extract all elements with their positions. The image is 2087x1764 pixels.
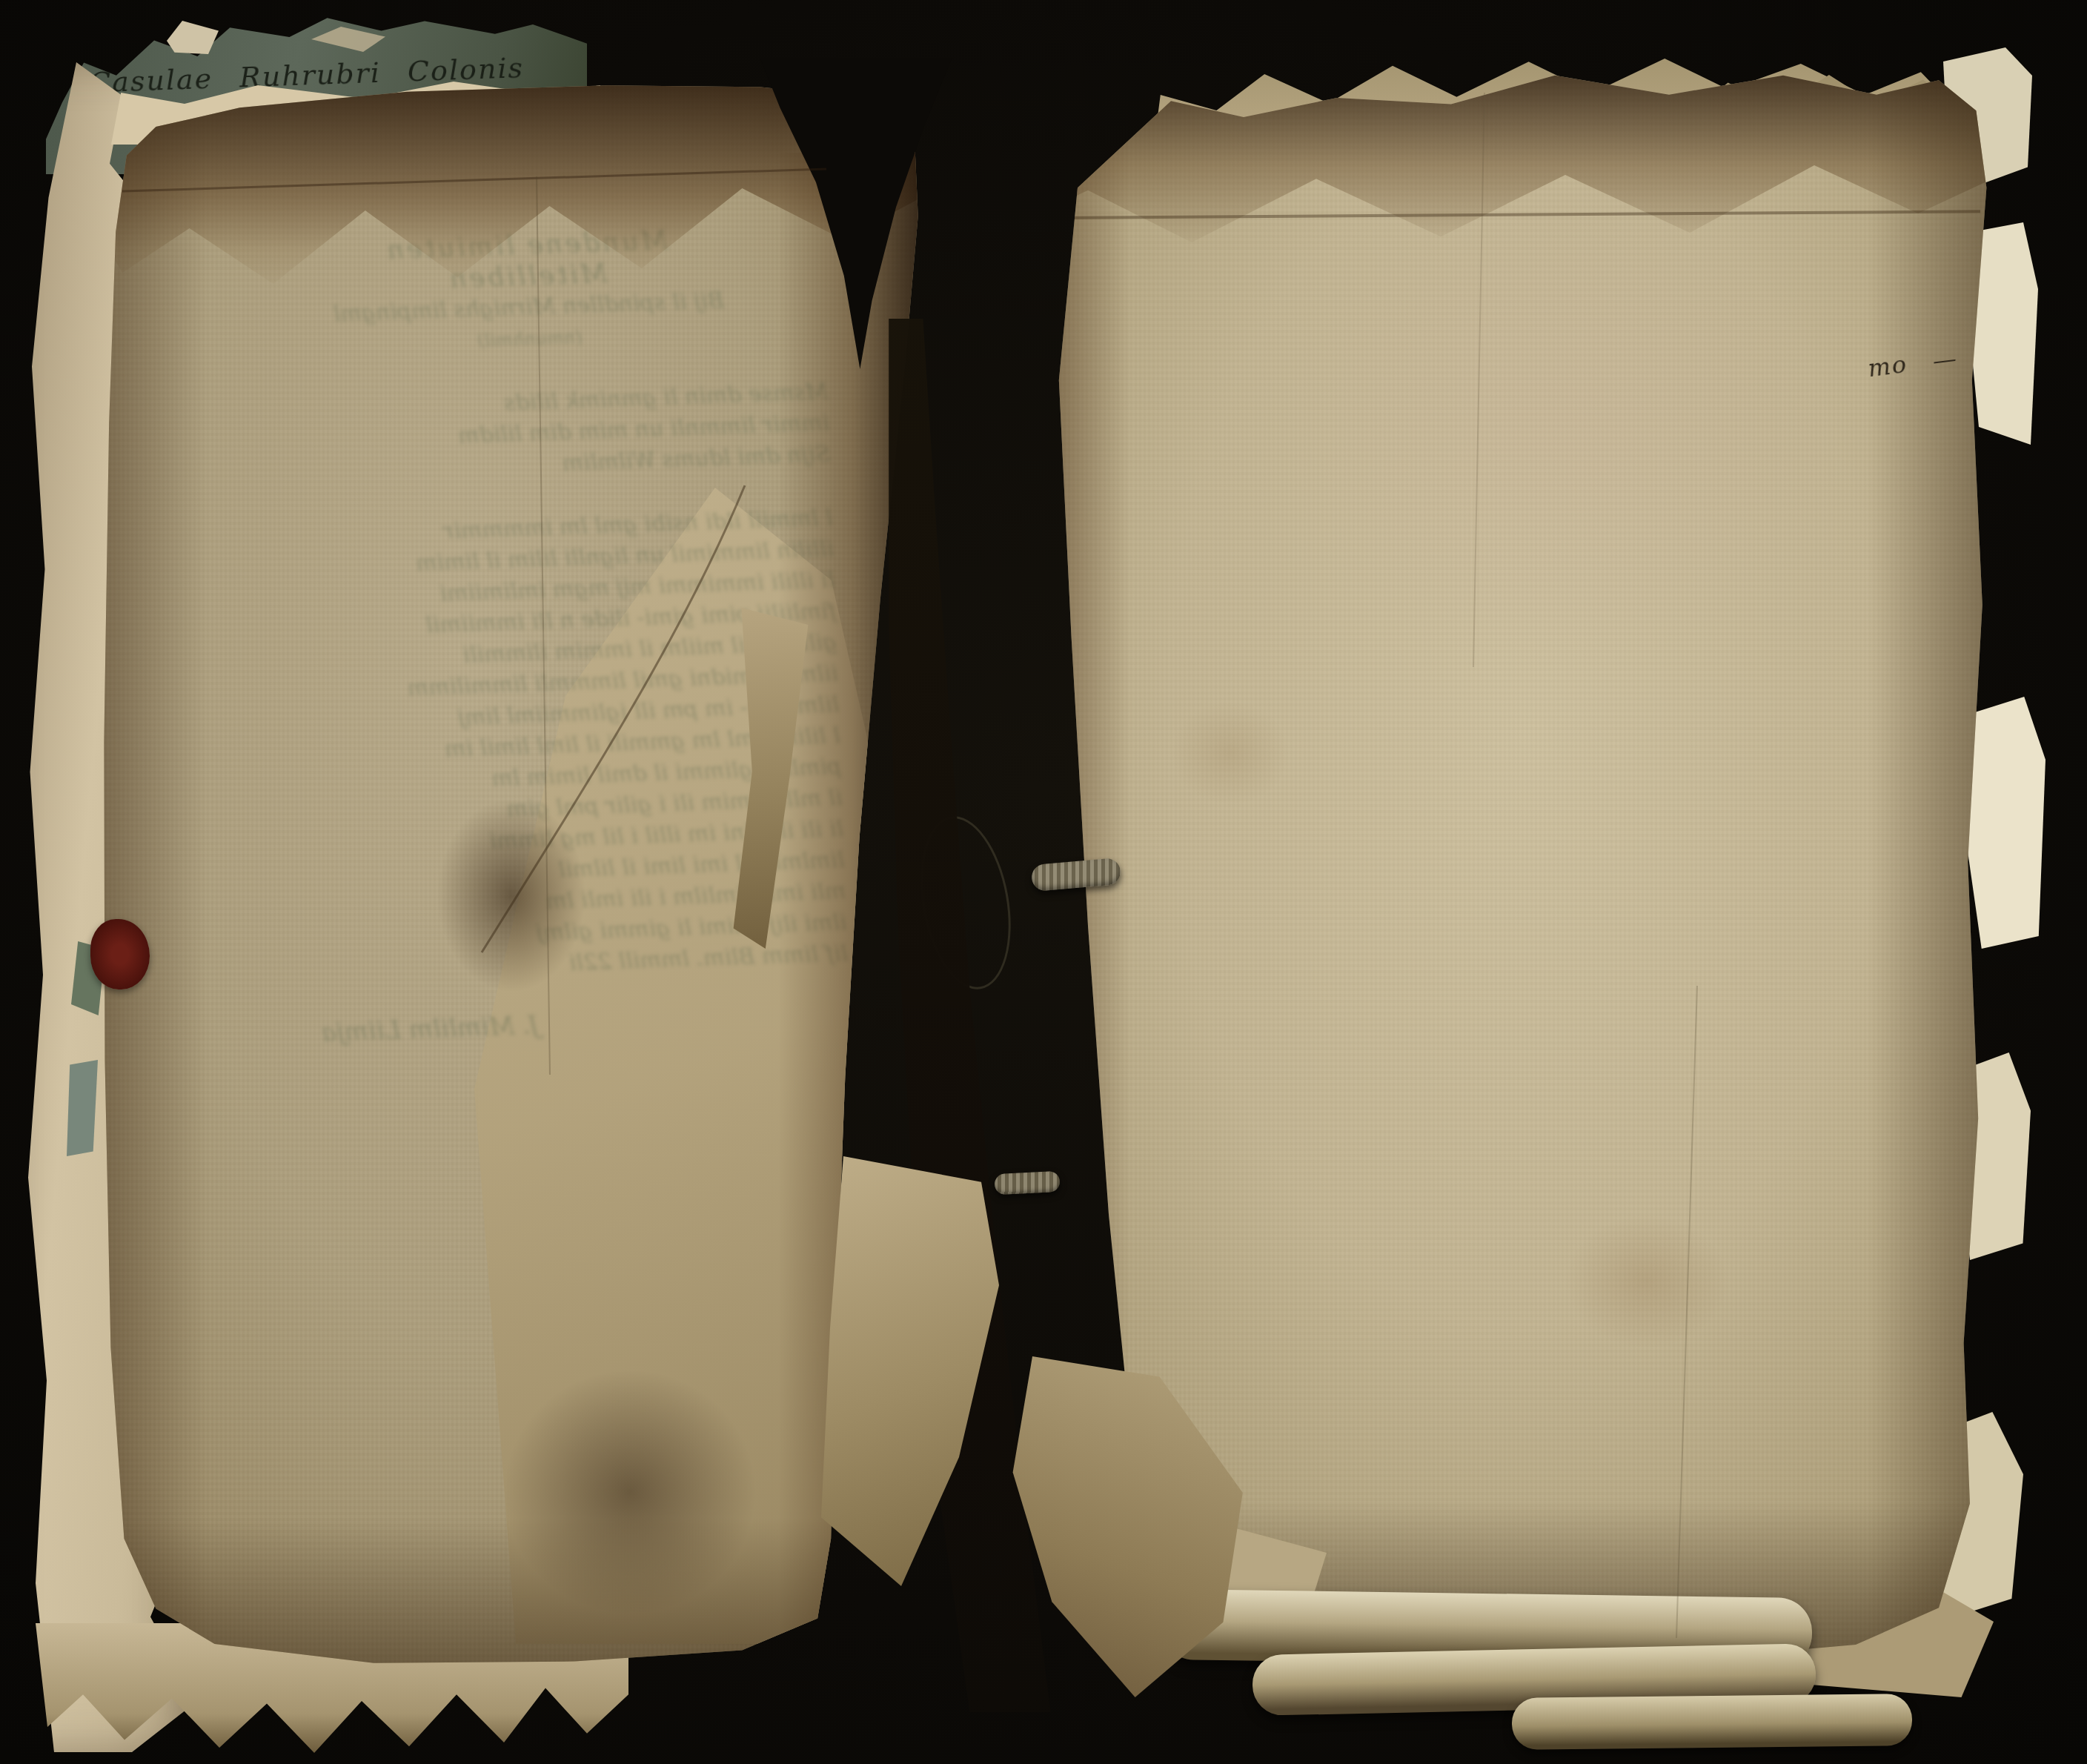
scorch-blob	[437, 799, 585, 992]
left-page: Mundene limiuten Mitelliben Bij il spind…	[89, 73, 926, 1666]
stain-spot	[1565, 1215, 1728, 1348]
archival-book-scan: Casulae Ruhrubri Colonis Mundene limiute…	[0, 0, 2087, 1764]
wax-seal-spot	[90, 919, 150, 989]
curled-paper-roll	[1512, 1694, 1913, 1750]
binding-cord	[994, 1171, 1060, 1196]
scorch-blob	[504, 1370, 756, 1614]
pink-discoloration	[1275, 188, 1845, 669]
stain-spot	[1171, 701, 1290, 805]
teal-paper-fragment	[67, 1060, 98, 1156]
ghost-line: J. Mimlilm Liimja	[257, 999, 851, 1051]
